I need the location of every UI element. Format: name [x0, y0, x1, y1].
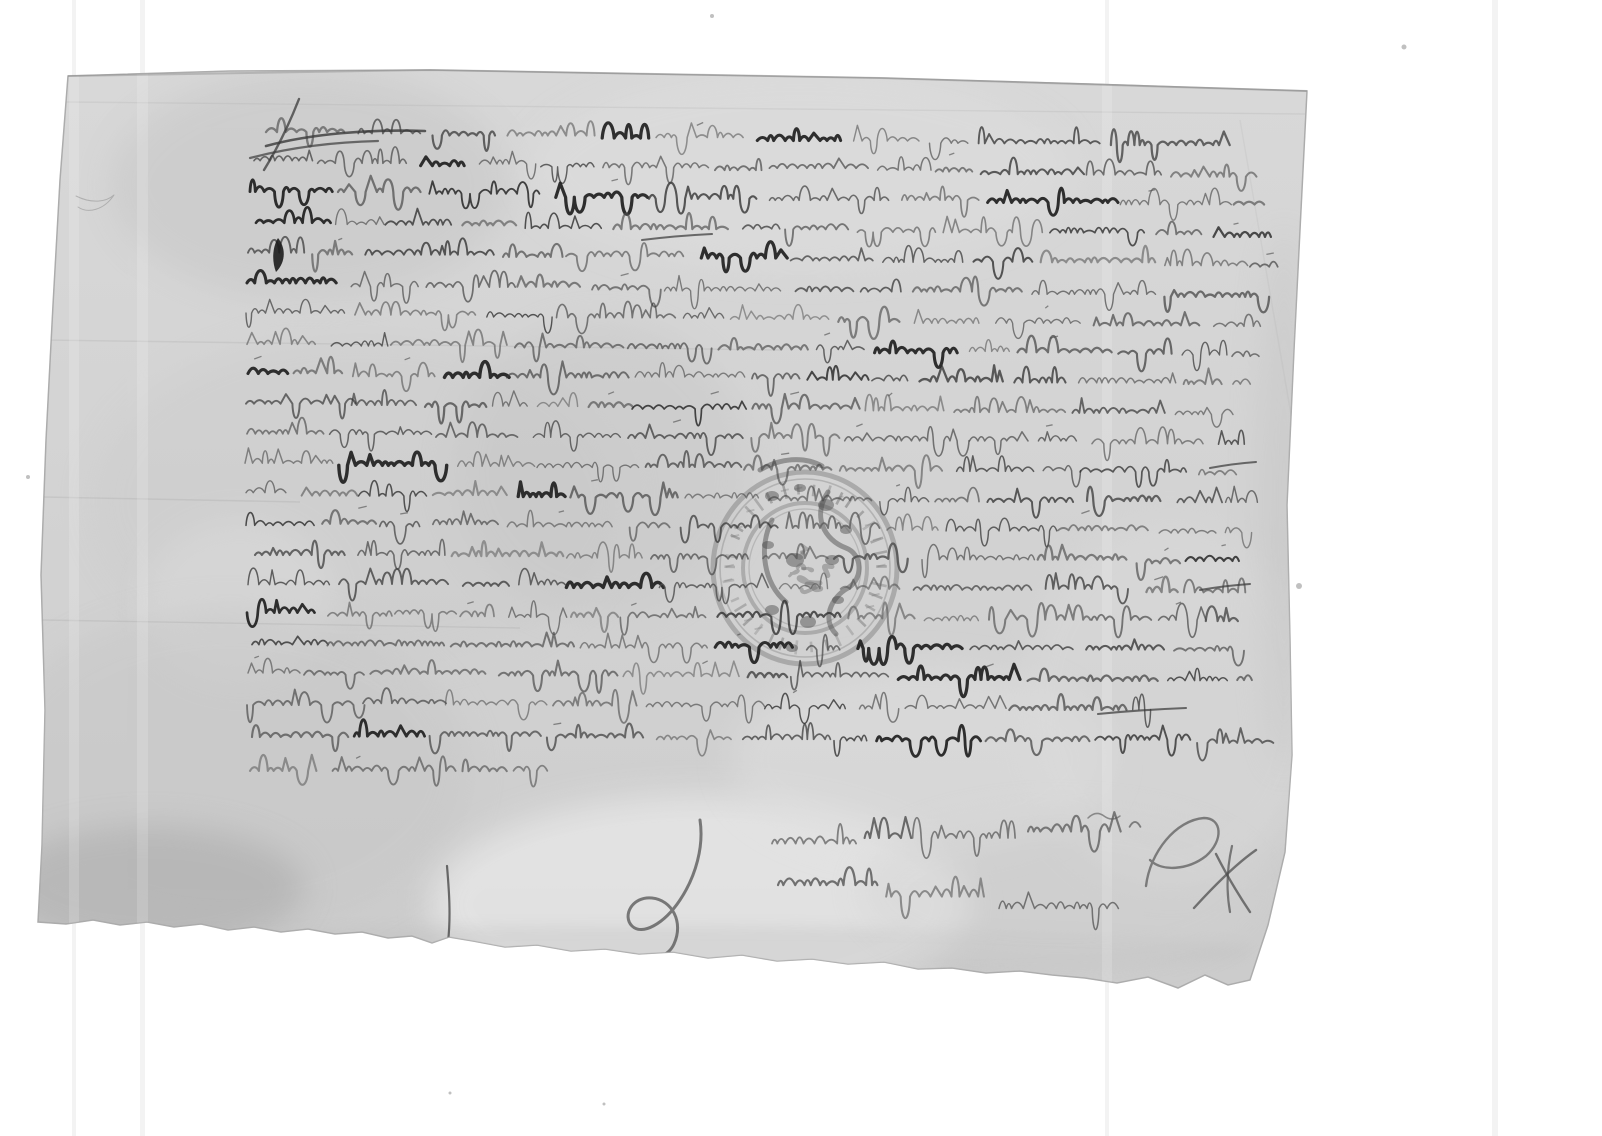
scan-background — [0, 0, 1602, 1136]
manuscript-scan — [0, 0, 1602, 1136]
